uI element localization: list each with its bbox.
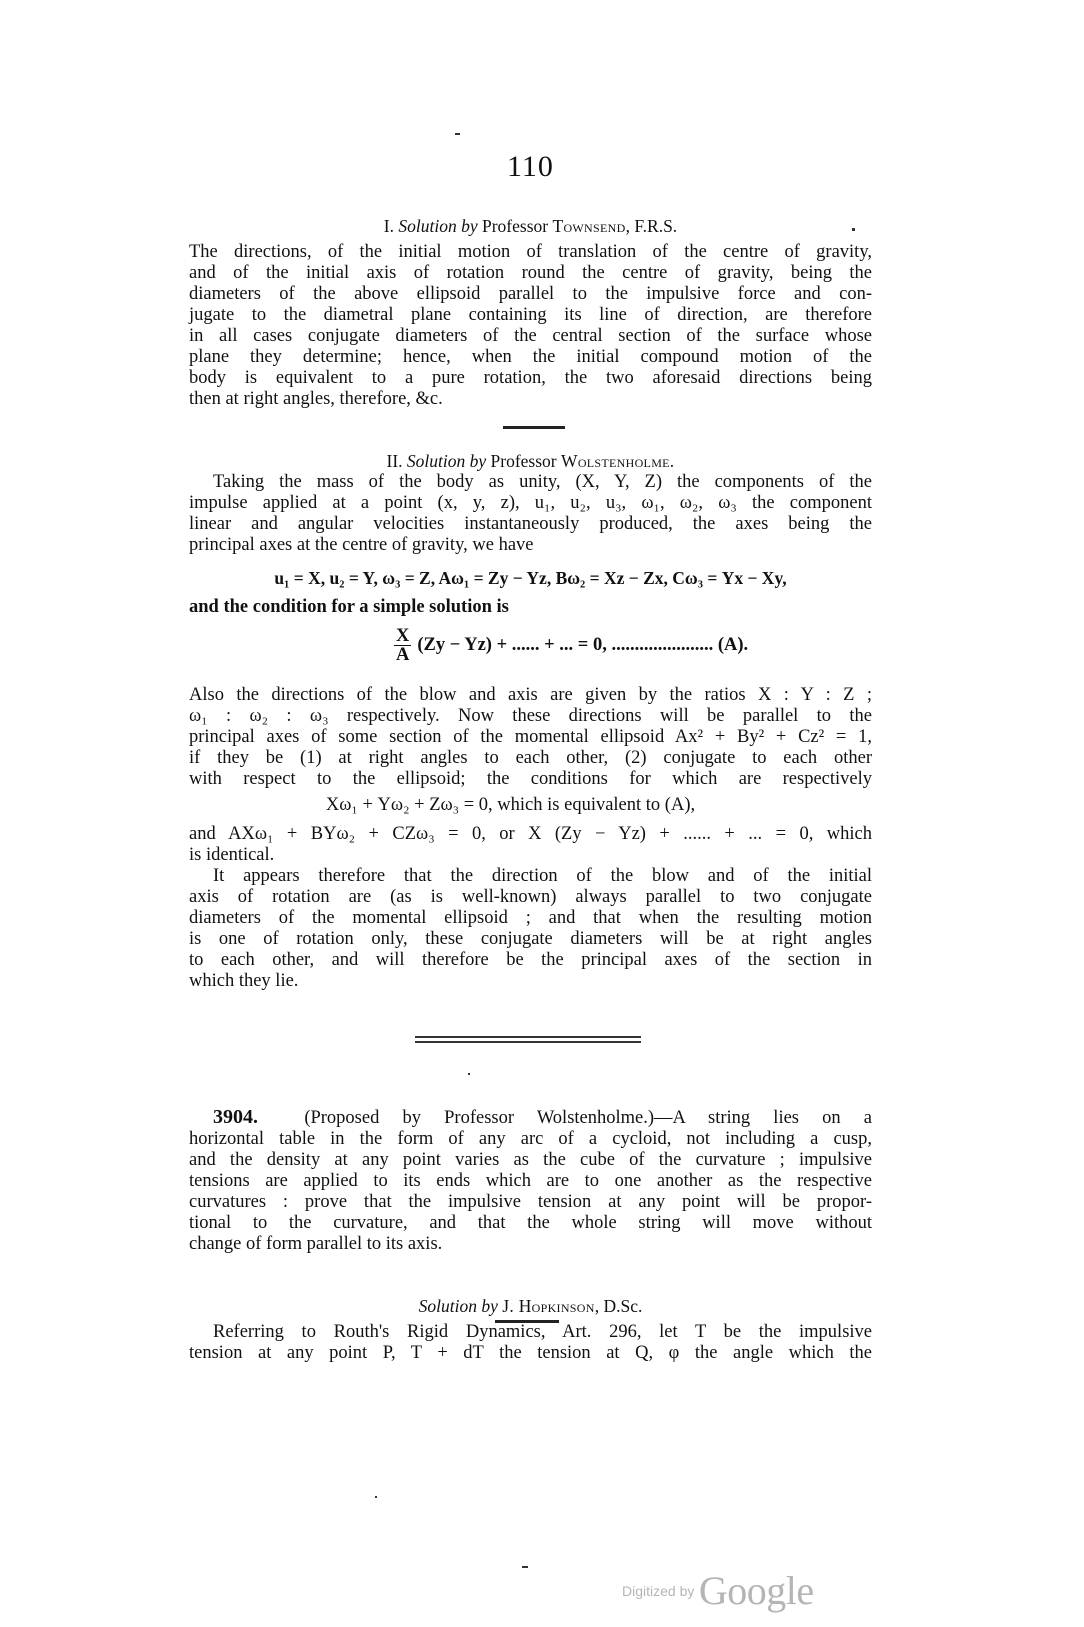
text-line: horizontal table in the form of any arc …	[189, 1129, 872, 1150]
heading-italic: Solution by	[398, 216, 477, 236]
text-line: 3904. (Proposed by Professor Wolstenholm…	[189, 1107, 872, 1129]
scan-speck	[468, 1073, 470, 1075]
text-line: jugate to the diametral plane containing…	[189, 305, 872, 326]
text-line: plane they determine; hence, when the in…	[189, 347, 872, 368]
text-line: tional to the curvature, and that the wh…	[189, 1213, 872, 1234]
google-logo: Google	[699, 1568, 814, 1613]
double-divider	[415, 1036, 641, 1043]
heading-author: J. Hopkinson	[502, 1296, 594, 1316]
text-line: with respect to the ellipsoid; the condi…	[189, 769, 872, 790]
text-line: linear and angular velocities instantane…	[189, 514, 872, 535]
text-line: Taking the mass of the body as unity, (X…	[189, 472, 872, 493]
scan-speck	[522, 1566, 528, 1568]
scan-speck	[375, 1496, 377, 1498]
heading-author: Wolstenholme.	[561, 451, 674, 471]
text-line: to each other, and will therefore be the…	[189, 950, 872, 971]
equation-velocities: u₁ = X, u₂ = Y, ω₃ = Z, Aω₁ = Zy − Yz, B…	[189, 568, 872, 589]
scan-speck	[455, 133, 460, 135]
fraction: X A	[394, 627, 411, 664]
heading-suffix: , D.Sc.	[595, 1296, 643, 1316]
equation-A: X A (Zy − Yz) + ...... + ... = 0, ......…	[394, 627, 872, 664]
text-line: It appears therefore that the direction …	[189, 866, 872, 887]
text-line: Also the directions of the blow and axis…	[189, 685, 872, 706]
text-line: The directions, of the initial motion of…	[189, 242, 872, 263]
text-line: impulse applied at a point (x, y, z), u₁…	[189, 493, 872, 514]
text-line: and AXω₁ + BYω₂ + CZω₃ = 0, or X (Zy − Y…	[189, 824, 872, 845]
text-line: which they lie.	[189, 971, 872, 992]
condition-line: and the condition for a simple solution …	[189, 597, 872, 618]
question-3904: 3904. (Proposed by Professor Wolstenholm…	[189, 1107, 872, 1255]
solution-3-heading: Solution by J. Hopkinson, D.Sc.	[189, 1296, 872, 1317]
digitized-by-google-watermark: Digitized by Google	[622, 1567, 814, 1614]
solution-2-intro: Taking the mass of the body as unity, (X…	[189, 472, 872, 556]
text-line: curvatures : prove that the impulsive te…	[189, 1192, 872, 1213]
heading-author: Townsend	[552, 216, 625, 236]
watermark-prefix: Digitized by	[622, 1583, 694, 1599]
text-line: change of form parallel to its axis.	[189, 1234, 872, 1255]
text-line: is identical.	[189, 845, 872, 866]
solution-1-heading: I. Solution by Professor Townsend, F.R.S…	[189, 216, 872, 237]
text-line: and the density at any point varies as t…	[189, 1150, 872, 1171]
text-line: ω₁ : ω₂ : ω₃ respectively. Now these dir…	[189, 706, 872, 727]
solution-3-body: Referring to Routh's Rigid Dynamics, Art…	[189, 1322, 872, 1364]
section-divider	[503, 426, 565, 429]
equation-orthogonality: Xω₁ + Yω₂ + Zω₃ = 0, which is equivalent…	[169, 795, 852, 816]
text-line: body is equivalent to a pure rotation, t…	[189, 368, 872, 389]
question-number: 3904.	[213, 1106, 258, 1128]
text-line: if they be (1) at right angles to each o…	[189, 748, 872, 769]
text-line: axis of rotation are (as is well-known) …	[189, 887, 872, 908]
solution-2-middle: Also the directions of the blow and axis…	[189, 685, 872, 790]
heading-italic: Solution by	[407, 451, 486, 471]
text-line: diameters of the momental ellipsoid ; an…	[189, 908, 872, 929]
text-line: is one of rotation only, these conjugate…	[189, 929, 872, 950]
solution-2-conclusion: It appears therefore that the direction …	[189, 866, 872, 992]
solution-1-body: The directions, of the initial motion of…	[189, 242, 872, 410]
text-line: then at right angles, therefore, &c.	[189, 389, 872, 410]
text-line: principal axes of some section of the mo…	[189, 727, 872, 748]
equation-A-rest: (Zy − Yz) + ...... + ... = 0, ..........…	[417, 635, 748, 655]
text-line: tension at any point P, T + dT the tensi…	[189, 1343, 872, 1364]
text-line: tensions are applied to its ends which a…	[189, 1171, 872, 1192]
heading-italic: Solution by	[419, 1296, 498, 1316]
text-line: principal axes at the centre of gravity,…	[189, 535, 872, 556]
solution-2-heading: II. Solution by Professor Wolstenholme.	[189, 451, 872, 472]
page-number: 110	[189, 150, 872, 184]
heading-title: Professor	[482, 216, 548, 236]
heading-suffix: , F.R.S.	[626, 216, 678, 236]
heading-numeral: I.	[384, 216, 394, 236]
text-line: diameters of the above ellipsoid paralle…	[189, 284, 872, 305]
heading-numeral: II.	[387, 451, 403, 471]
text-line: in all cases conjugate diameters of the …	[189, 326, 872, 347]
solution-2-and: and AXω₁ + BYω₂ + CZω₃ = 0, or X (Zy − Y…	[189, 824, 872, 866]
heading-title: Professor	[491, 451, 557, 471]
text-line: Referring to Routh's Rigid Dynamics, Art…	[189, 1322, 872, 1343]
text-line: and of the initial axis of rotation roun…	[189, 263, 872, 284]
